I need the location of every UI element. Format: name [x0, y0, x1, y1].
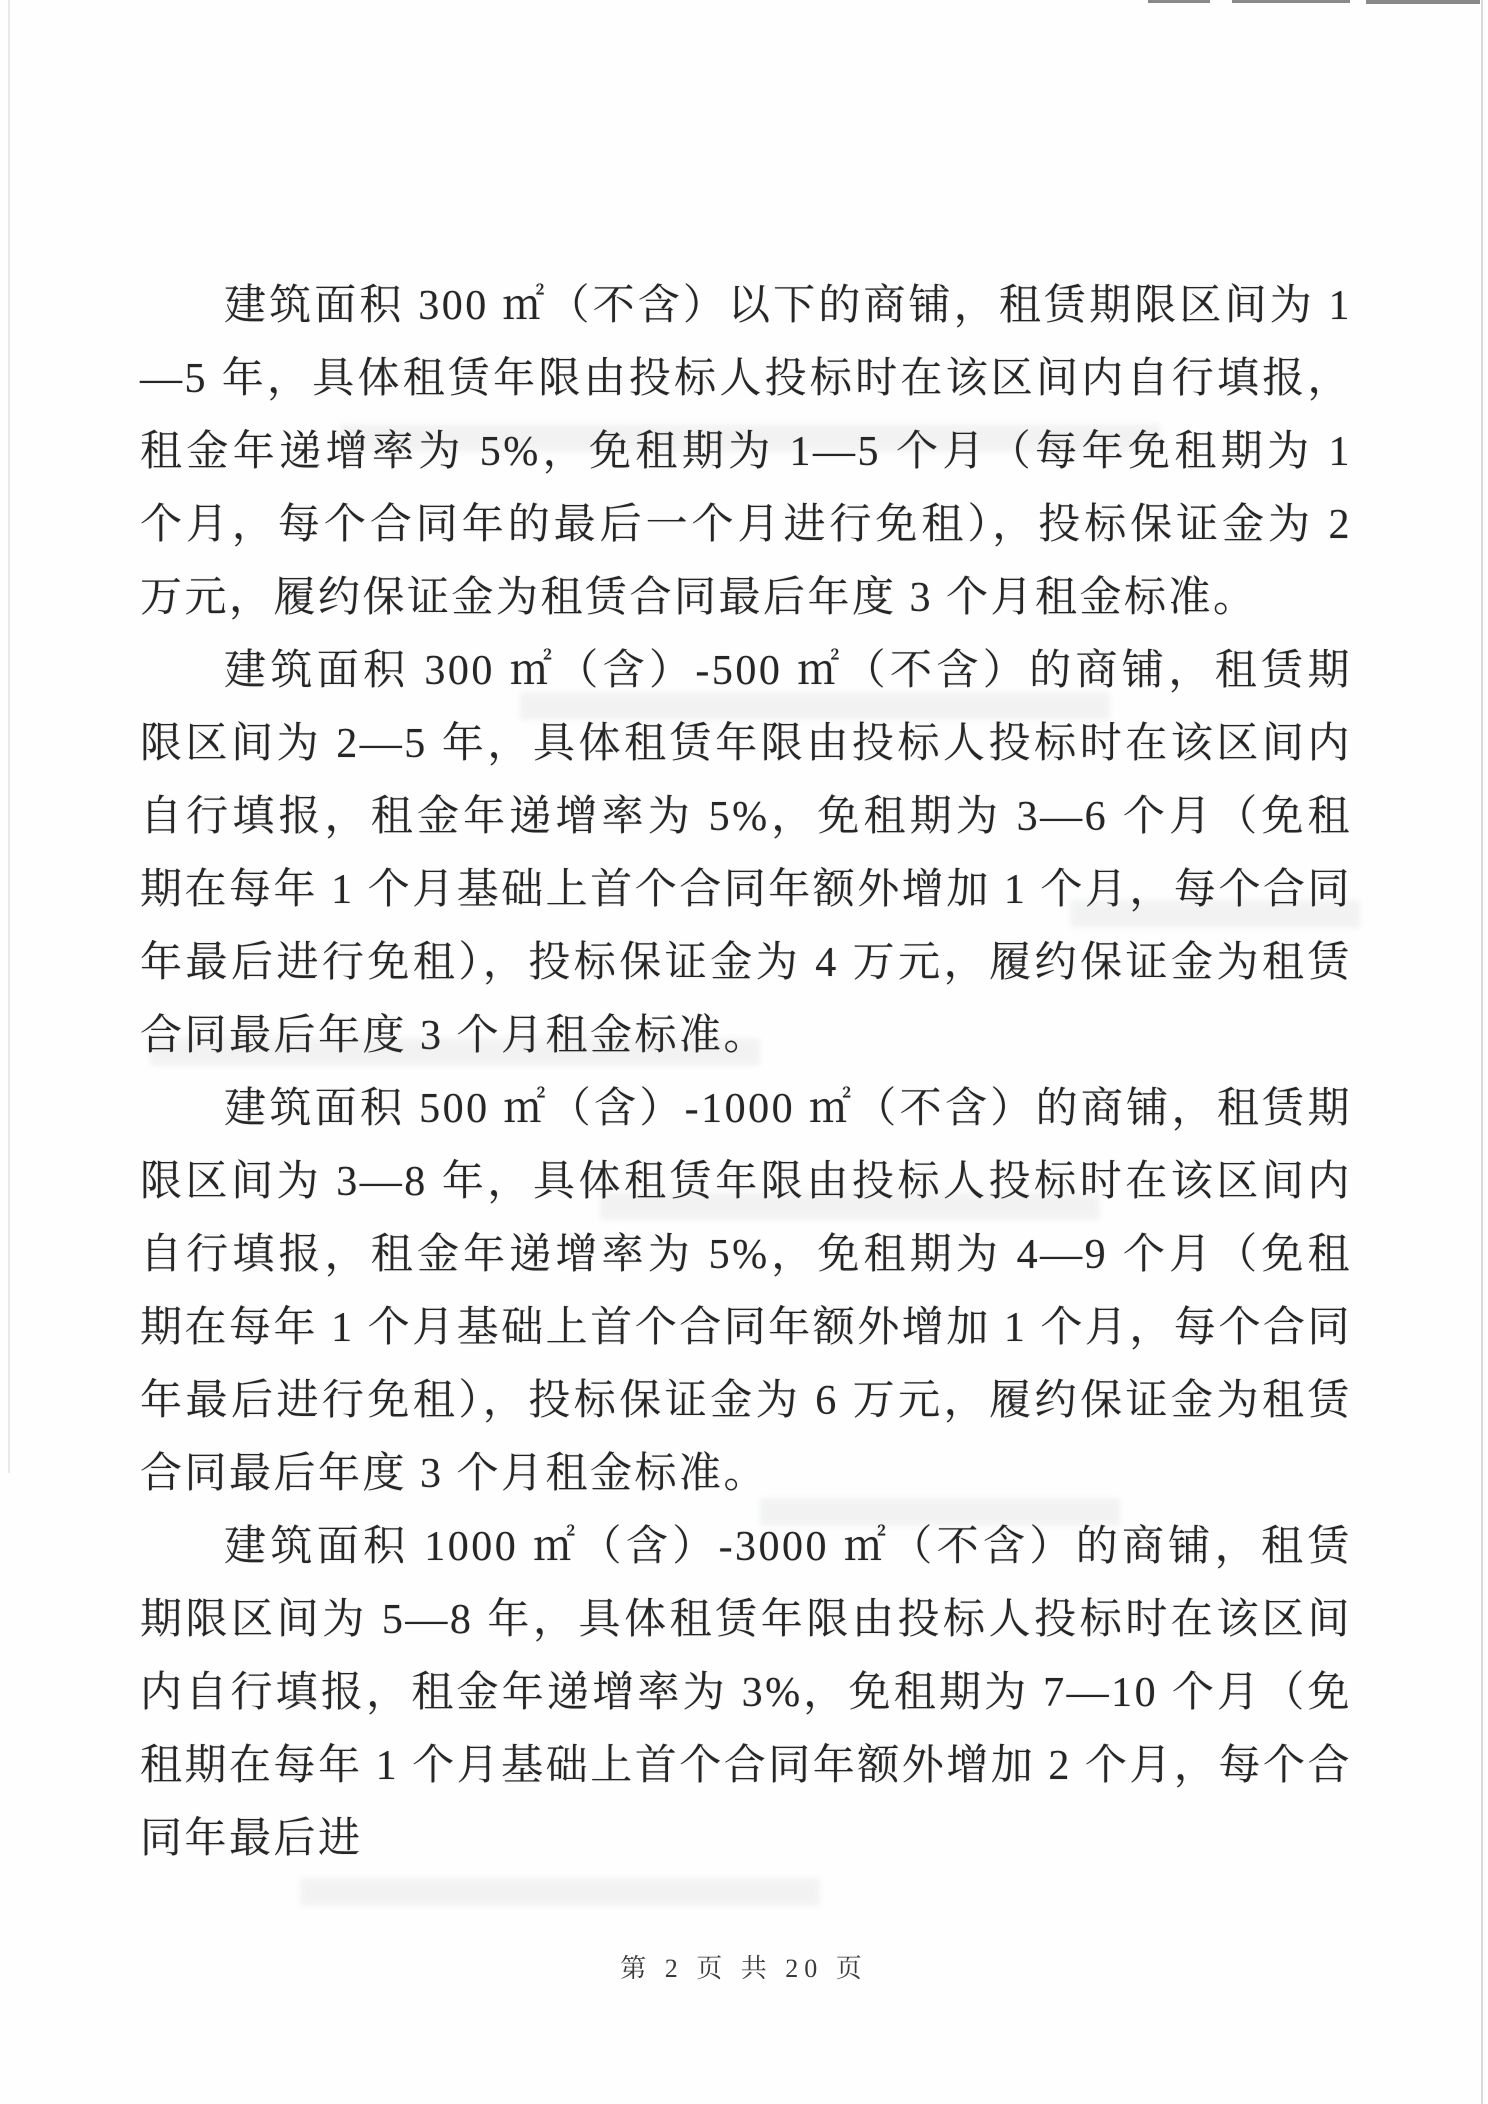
scan-edge-line: [8, 0, 10, 1473]
document-body: 建筑面积 300 ㎡（不含）以下的商铺，租赁期限区间为 1—5 年，具体租赁年限…: [140, 270, 1352, 1876]
scan-edge-artifact: [1148, 0, 1210, 3]
body-paragraph-shops-1000-3000sqm: 建筑面积 1000 ㎡（含）-3000 ㎡（不含）的商铺，租赁期限区间为 5—8…: [140, 1511, 1352, 1876]
document-page: 建筑面积 300 ㎡（不含）以下的商铺，租赁期限区间为 1—5 年，具体租赁年限…: [0, 0, 1488, 2104]
scan-edge-artifact: [1366, 0, 1480, 4]
body-paragraph-shops-under-300sqm: 建筑面积 300 ㎡（不含）以下的商铺，租赁期限区间为 1—5 年，具体租赁年限…: [140, 270, 1352, 635]
body-paragraph-shops-500-1000sqm: 建筑面积 500 ㎡（含）-1000 ㎡（不含）的商铺，租赁期限区间为 3—8 …: [140, 1073, 1352, 1511]
bleed-through-artifact: [300, 1878, 820, 1906]
scan-edge-line: [1481, 0, 1483, 2104]
page-footer: 第 2 页 共 20 页: [0, 1948, 1488, 1985]
scan-edge-artifact: [1232, 0, 1350, 3]
body-paragraph-shops-300-500sqm: 建筑面积 300 ㎡（含）-500 ㎡（不含）的商铺，租赁期限区间为 2—5 年…: [140, 635, 1352, 1073]
page-number-indicator: 第 2 页 共 20 页: [620, 1954, 868, 1983]
